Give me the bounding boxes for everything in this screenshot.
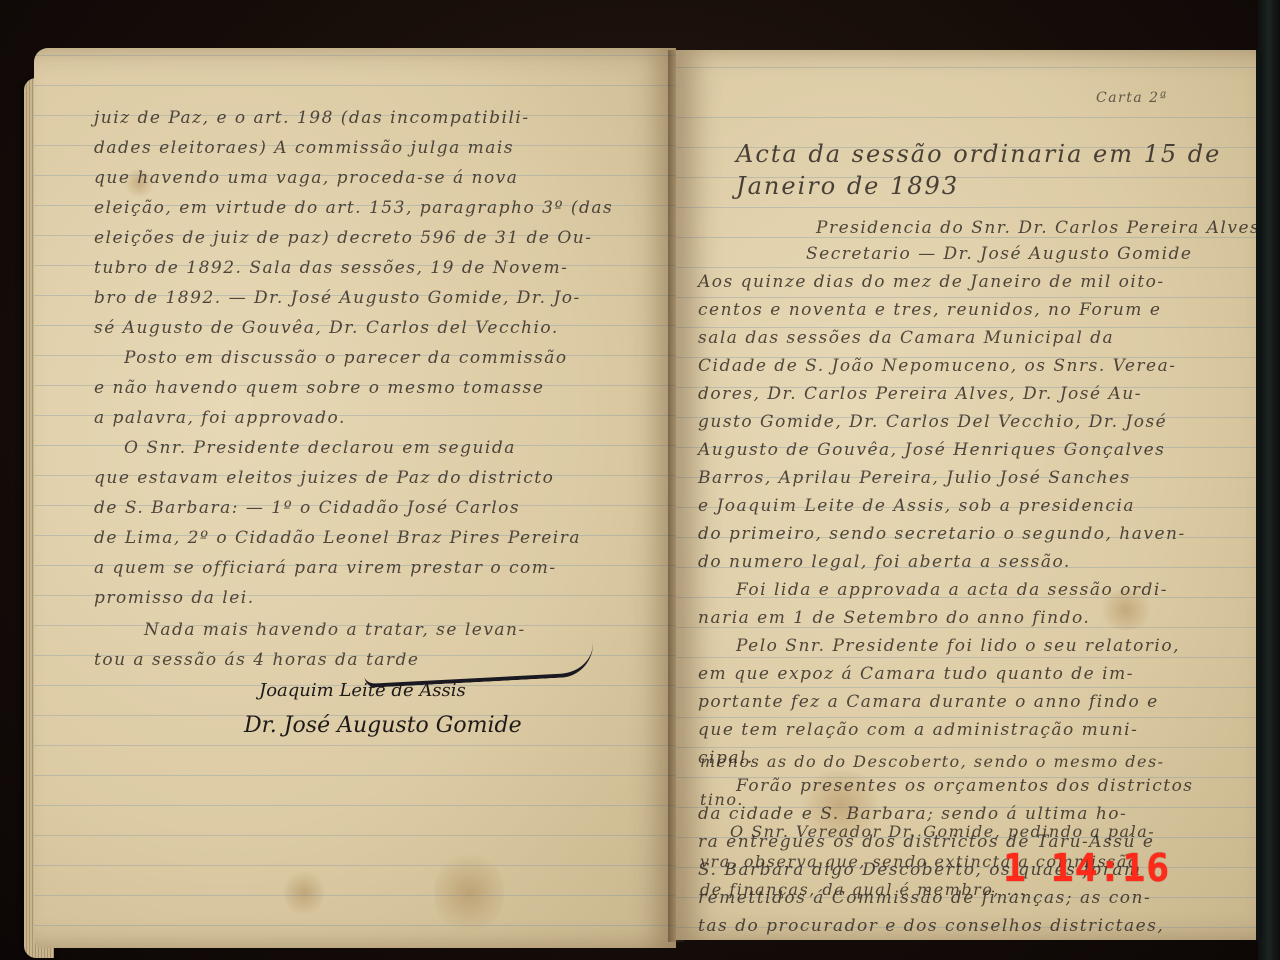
handwritten-line: O Snr. Vereador Dr. Gomide, pedindo a pa…: [730, 822, 1155, 841]
handwritten-line: de S. Barbara: — 1º o Cidadão José Carlo…: [94, 498, 520, 518]
handwritten-line: de finanças, da qual é membro, ...: [700, 880, 1026, 899]
signature-gomide: Dr. José Augusto Gomide: [244, 713, 522, 738]
handwritten-line: gusto Gomide, Dr. Carlos Del Vecchio, Dr…: [698, 412, 1167, 432]
handwritten-line: juiz de Paz, e o art. 198 (das incompati…: [94, 108, 530, 128]
handwritten-line: Augusto de Gouvêa, José Henriques Gonçal…: [698, 440, 1165, 460]
handwritten-line: tas do procurador e dos conselhos distri…: [698, 916, 1164, 936]
handwritten-line: portante fez a Camara durante o anno fin…: [698, 692, 1159, 712]
water-stain: [434, 848, 504, 938]
handwritten-line: naria em 1 de Setembro do anno findo.: [698, 608, 1090, 628]
handwritten-line: Pelo Snr. Presidente foi lido o seu rela…: [736, 636, 1180, 656]
handwritten-line: que havendo uma vaga, proceda-se á nova: [94, 168, 518, 188]
signature-flourish: [363, 642, 594, 688]
minutes-title: Acta da sessão ordinaria em 15 de: [736, 140, 1221, 168]
handwritten-line: promisso da lei.: [94, 588, 255, 608]
right-page: Carta 2ª Acta da sessão ordinaria em 15 …: [676, 50, 1262, 940]
handwritten-line: de Lima, 2º o Cidadão Leonel Braz Pires …: [94, 528, 581, 548]
camera-timestamp-overlay: 1 14:16: [1003, 846, 1170, 890]
handwritten-line: Foi lida e approvada a acta da sessão or…: [736, 580, 1168, 600]
handwritten-line: eleição, em virtude do art. 153, paragra…: [94, 198, 613, 218]
handwritten-line: em que expoz á Camara tudo quanto de im-: [698, 664, 1134, 684]
handwritten-line: do primeiro, sendo secretario o segundo,…: [698, 524, 1186, 544]
handwritten-line: a palavra, foi approvado.: [94, 408, 346, 428]
handwritten-line: dades eleitoraes) A commissão julga mais: [94, 138, 514, 158]
handwritten-line: Posto em discussão o parecer da commissã…: [124, 348, 568, 368]
handwritten-line: da cidade e S. Barbara; sendo á ultima h…: [698, 804, 1127, 824]
handwritten-line: Forão presentes os orçamentos dos distri…: [736, 776, 1194, 796]
corner-annotation: Carta 2ª: [1096, 90, 1168, 106]
handwritten-line: que tem relação com a administração muni…: [698, 720, 1138, 740]
handwritten-line: Aos quinze dias do mez de Janeiro de mil…: [698, 272, 1165, 292]
handwritten-line: Cidade de S. João Nepomuceno, os Snrs. V…: [698, 356, 1176, 376]
handwritten-line: e Joaquim Leite de Assis, sob a presiden…: [698, 496, 1135, 516]
handwritten-line: a quem se officiará para virem prestar o…: [94, 558, 557, 578]
handwritten-line: bro de 1892. — Dr. José Augusto Gomide, …: [94, 288, 581, 308]
handwritten-line: Nada mais havendo a tratar, se levan-: [144, 620, 526, 640]
minutes-title: Janeiro de 1893: [736, 172, 959, 200]
handwritten-line: tino.: [700, 790, 744, 809]
water-stain: [284, 868, 324, 918]
handwritten-line: tubro de 1892. Sala das sessões, 19 de N…: [94, 258, 568, 278]
secretary-line: Secretario — Dr. José Augusto Gomide: [806, 244, 1193, 264]
handwritten-line: centos e noventa e tres, reunidos, no Fo…: [698, 300, 1161, 320]
handwritten-line: e não havendo quem sobre o mesmo tomasse: [94, 378, 544, 398]
handwritten-line: menos as do do Descoberto, sendo o mesmo…: [700, 752, 1165, 771]
handwritten-line: eleições de juiz de paz) decreto 596 de …: [94, 228, 593, 248]
left-page: juiz de Paz, e o art. 198 (das incompati…: [34, 48, 676, 948]
open-ledger: juiz de Paz, e o art. 198 (das incompati…: [14, 38, 1264, 953]
handwritten-line: sé Augusto de Gouvêa, Dr. Carlos del Vec…: [94, 318, 559, 338]
handwritten-line: do numero legal, foi aberta a sessão.: [698, 552, 1071, 572]
handwritten-line: sala das sessões da Camara Municipal da: [698, 328, 1114, 348]
handwritten-line: Barros, Aprilau Pereira, Julio José Sanc…: [698, 468, 1131, 488]
presidency-line: Presidencia do Snr. Dr. Carlos Pereira A…: [816, 218, 1260, 238]
handwritten-line: O Snr. Presidente declarou em seguida: [124, 438, 516, 458]
handwritten-line: dores, Dr. Carlos Pereira Alves, Dr. Jos…: [698, 384, 1142, 404]
handwritten-line: que estavam eleitos juizes de Paz do dis…: [94, 468, 554, 488]
